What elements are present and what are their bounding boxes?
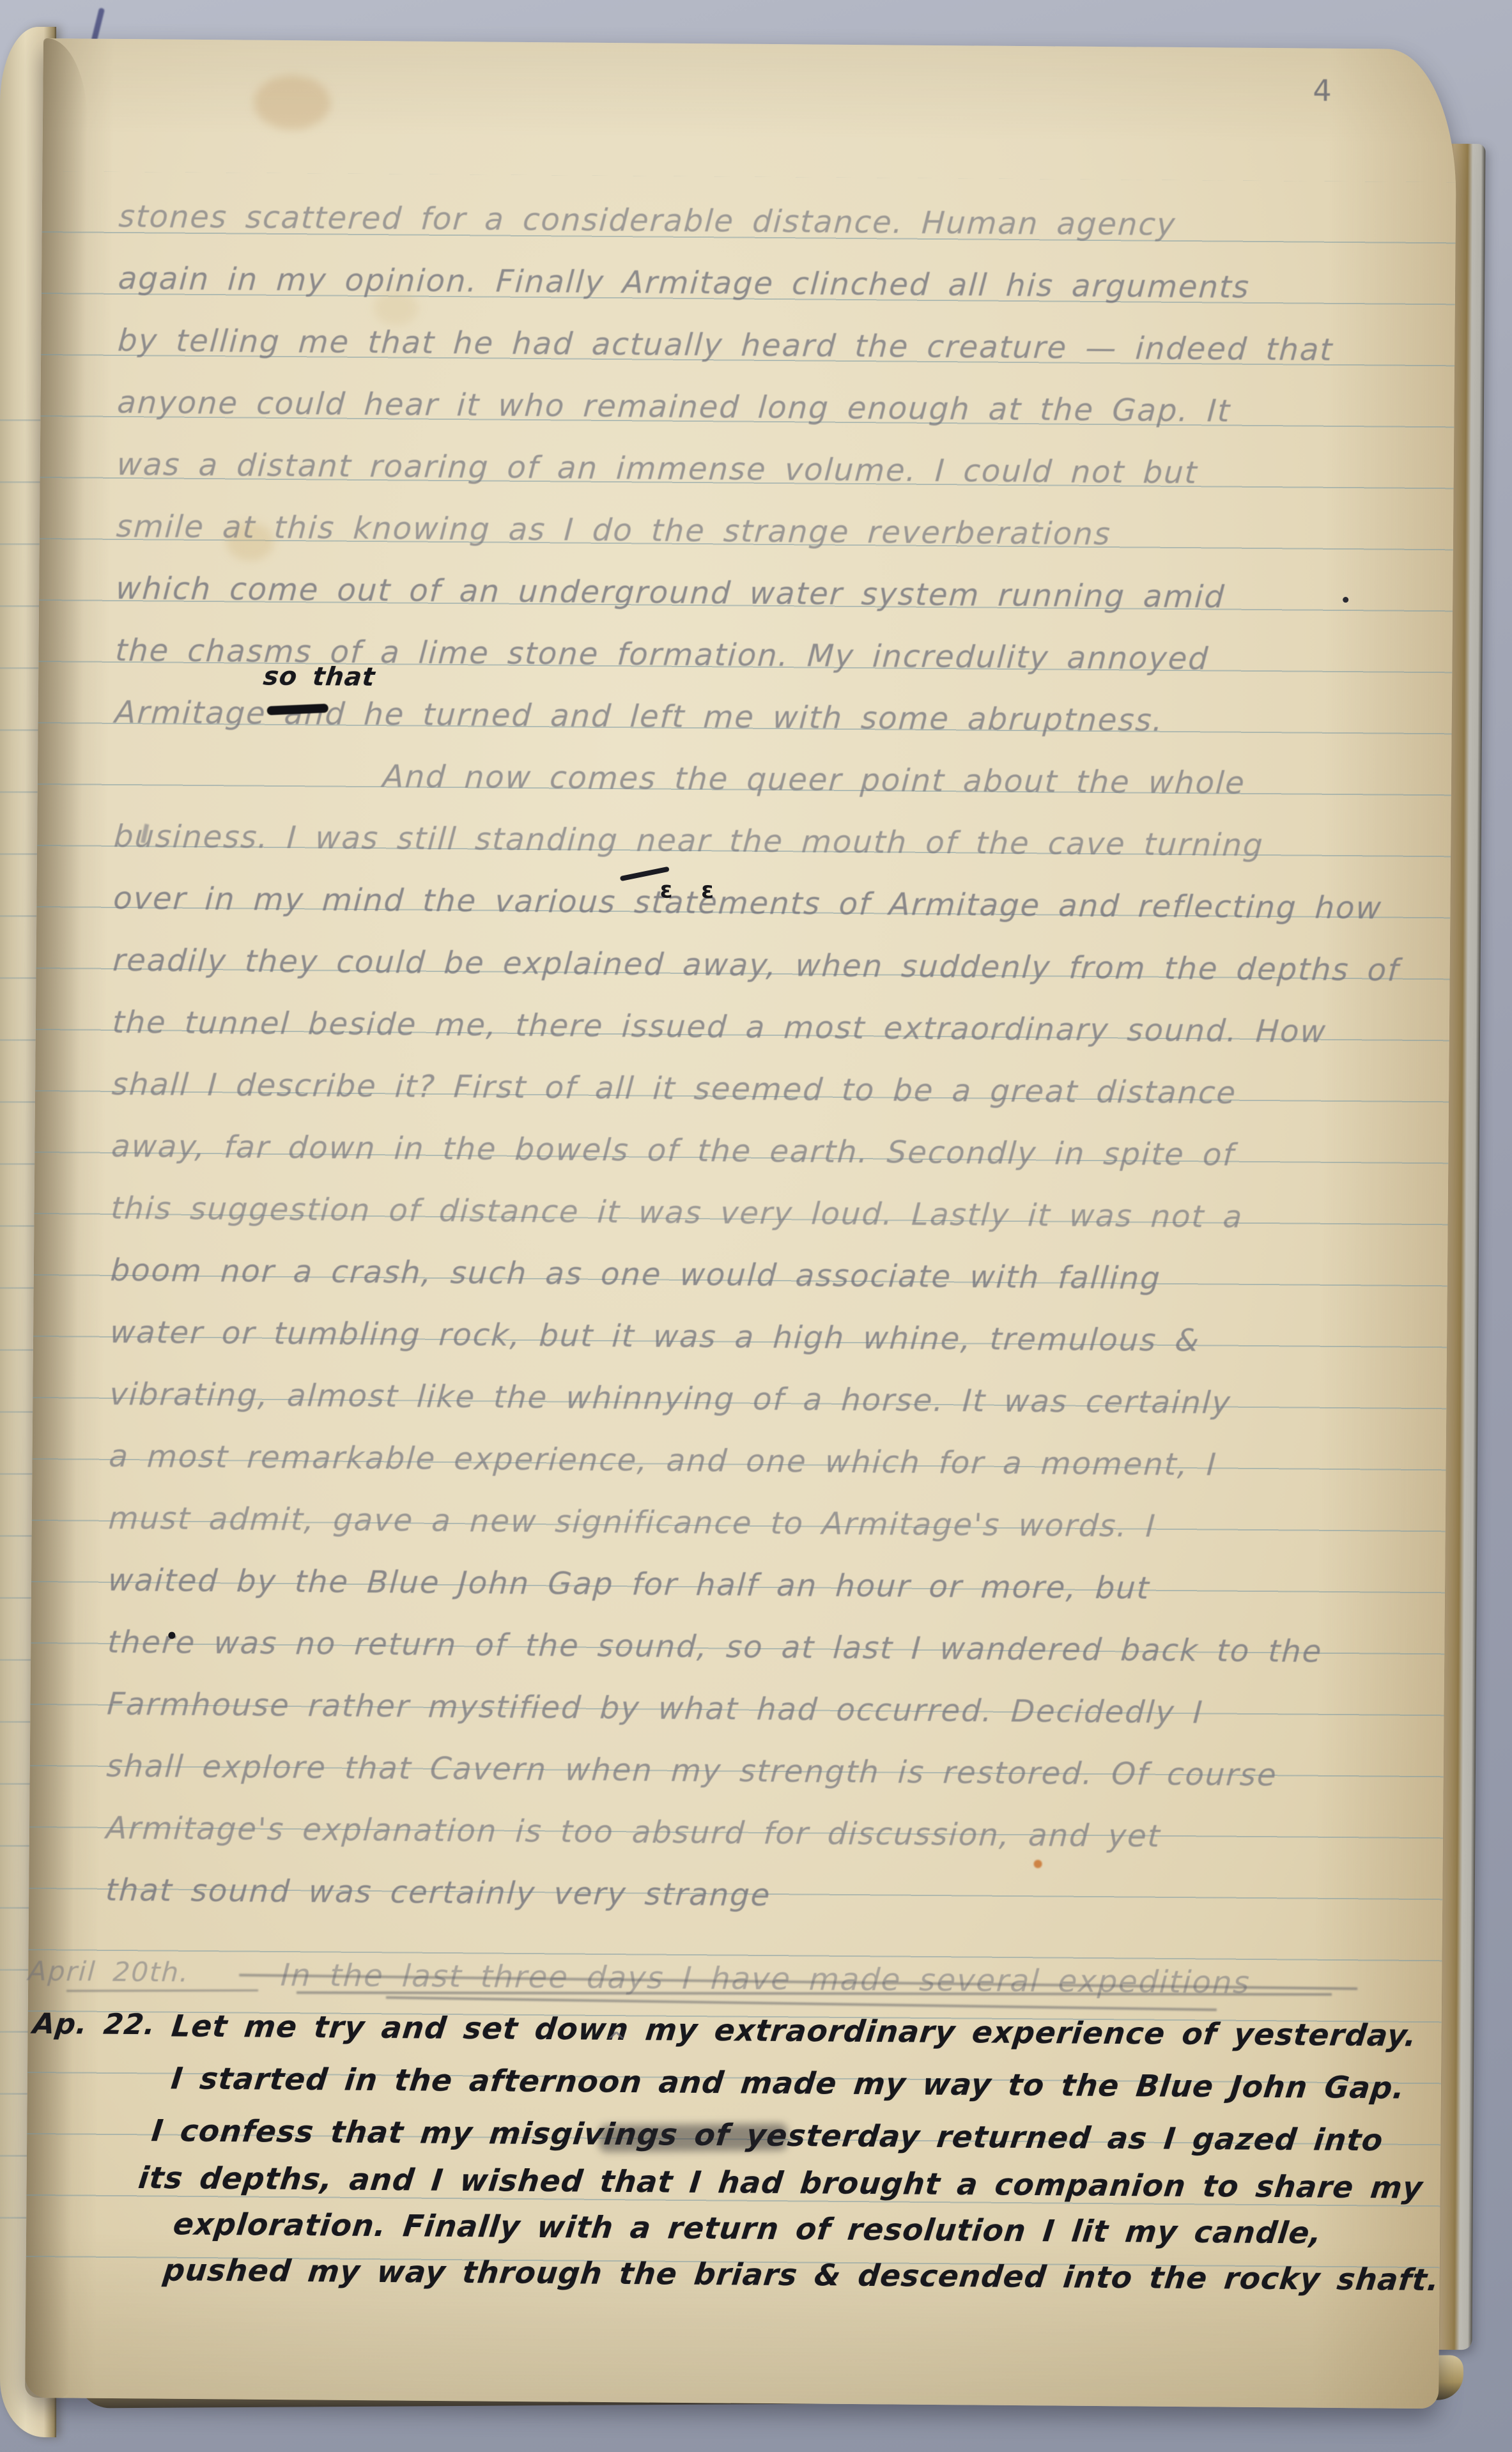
ink-speck: [168, 1632, 175, 1639]
ink-entry: Let me try and set down my extraordinary…: [43, 38, 1457, 49]
pencil-line: And now comes the queer point about the …: [382, 759, 1246, 802]
correction-marks: ε ε: [660, 879, 724, 903]
pencil-entry: stones scattered for a considerable dist…: [43, 38, 1457, 49]
margin-date-april-20: April 20th.: [27, 1955, 190, 1989]
insertion-so-that: so that: [261, 661, 376, 693]
manuscript-scan: 4 stones scattered for a considerable di…: [0, 0, 1512, 2452]
pencil-line: that sound was certainly very strange: [105, 1872, 772, 1915]
pencil-line: smile at this knowing as I do the strang…: [115, 509, 1112, 553]
strikethrough-smudge: [599, 2124, 787, 2152]
stain: [254, 75, 331, 130]
manuscript-page: 4 stones scattered for a considerable di…: [25, 38, 1457, 2409]
insertion-caret: ^: [606, 2029, 626, 2053]
ink-speck: [1343, 597, 1348, 603]
margin-date-april-22: Ap. 22.: [31, 2008, 157, 2042]
rust-speck: [1034, 1860, 1042, 1868]
page-number: 4: [1313, 76, 1332, 105]
